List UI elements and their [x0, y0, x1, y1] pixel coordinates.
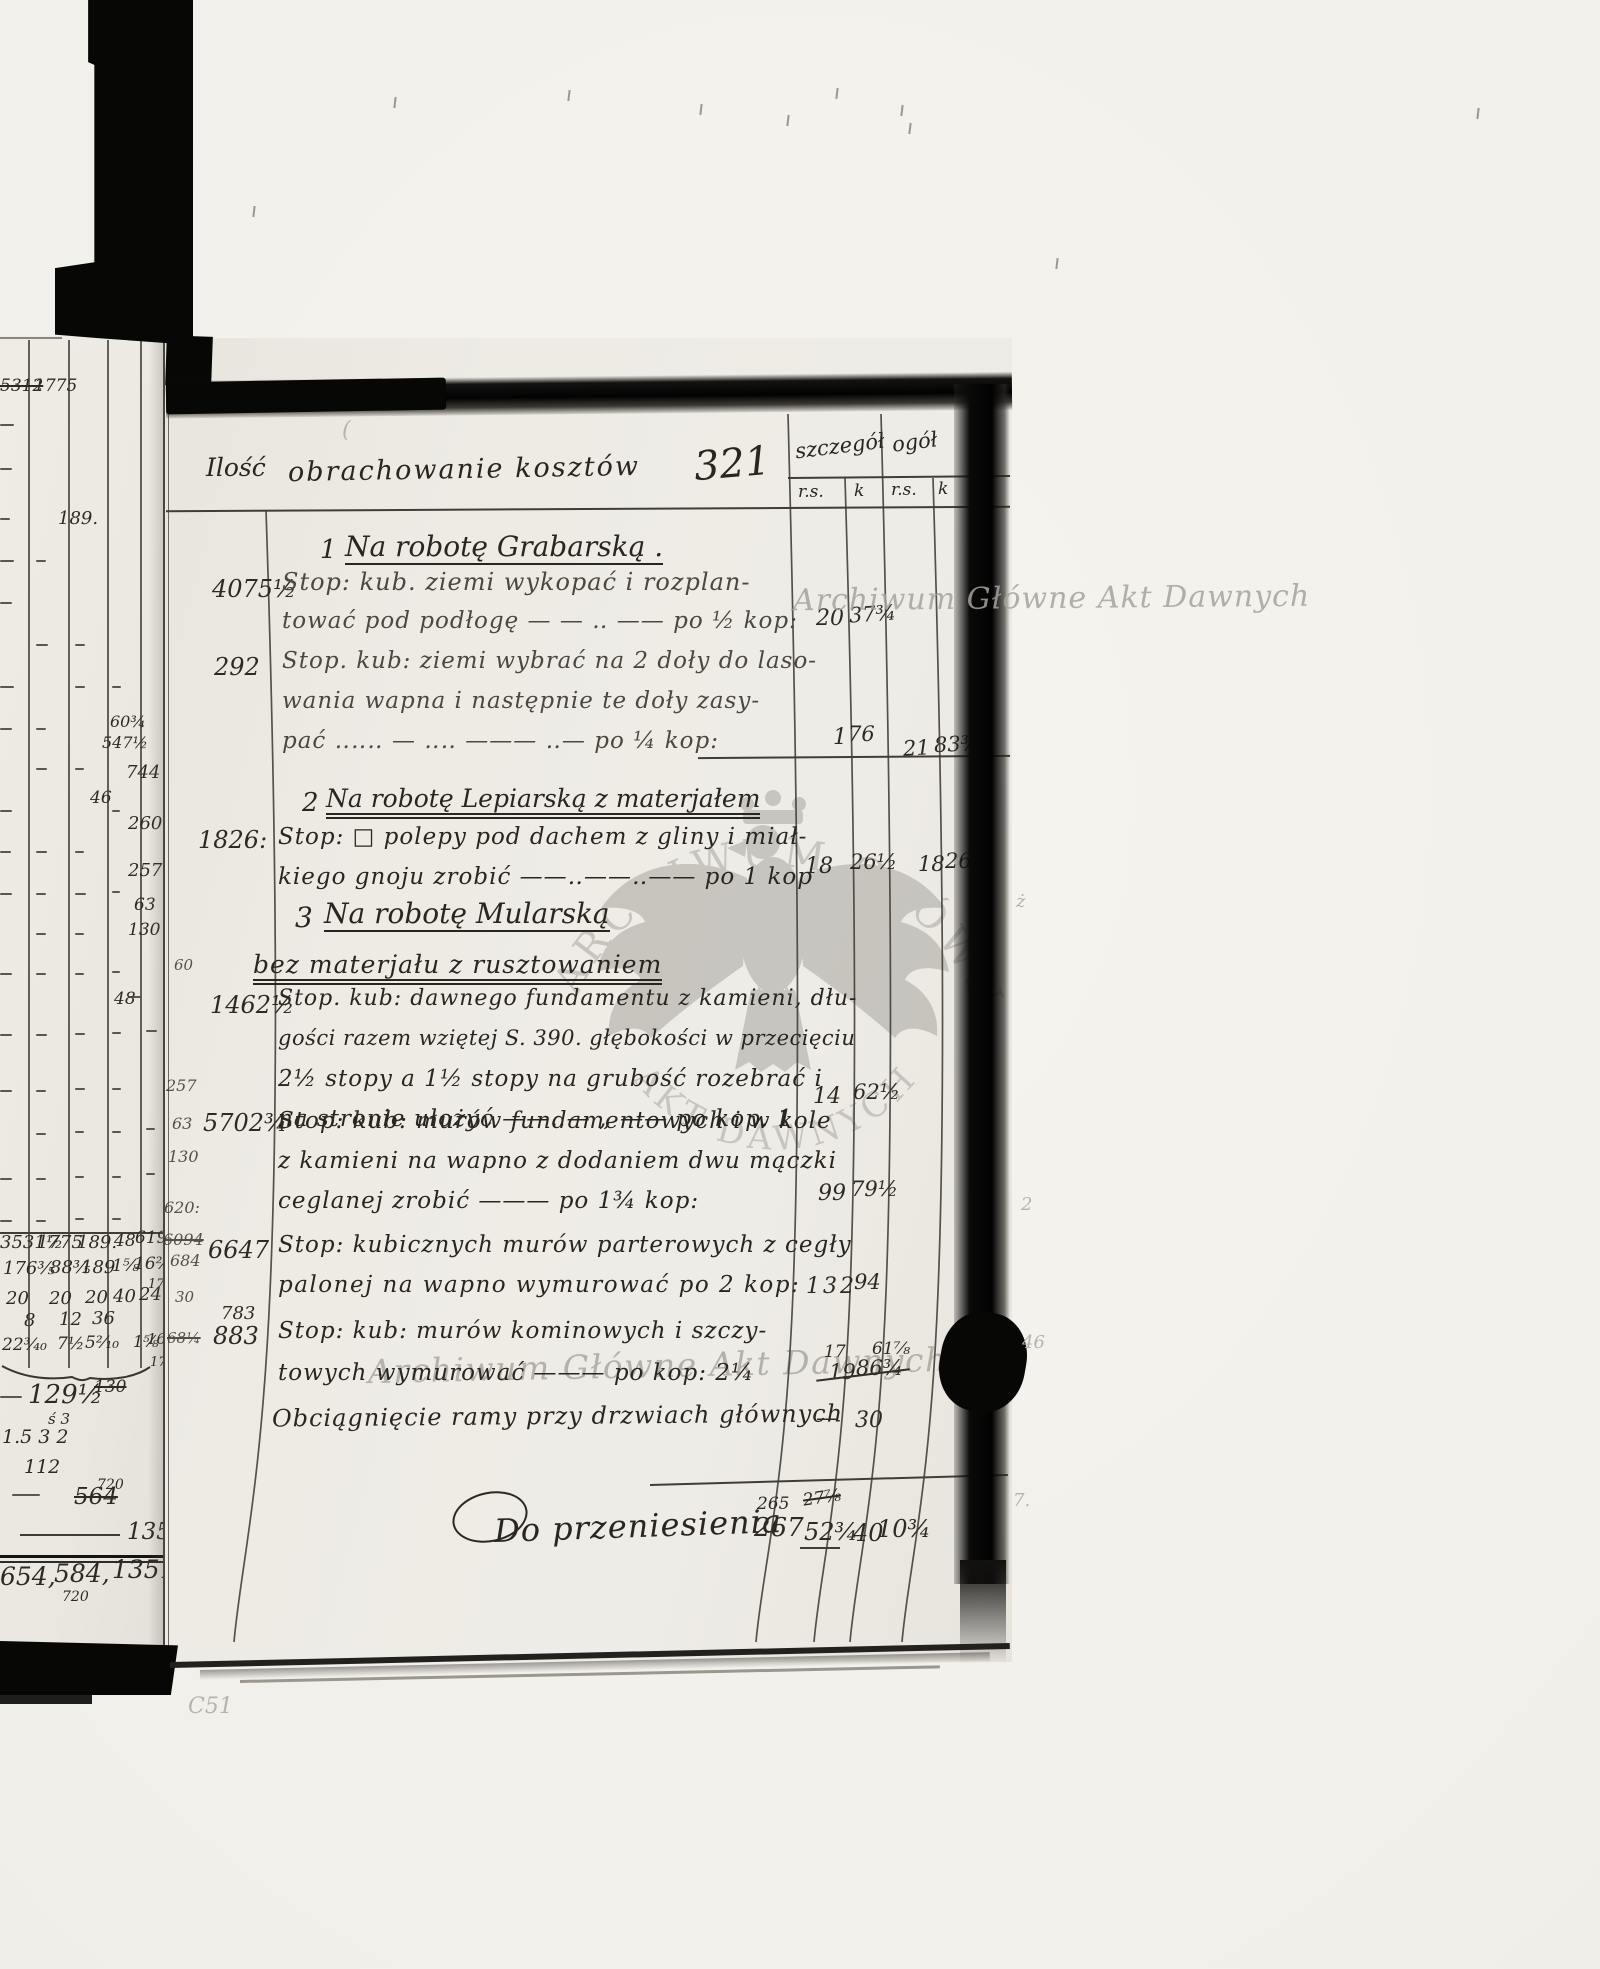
row-text-line: Stop: □ polepy pod dachem z gliny i miał… — [278, 826, 807, 849]
subcol-rs: r.s. — [798, 484, 824, 501]
subcol-k: k — [854, 483, 864, 500]
section-heading: Na robotę Grabarską . — [345, 533, 663, 565]
row-text-line: Stop. kub: ziemi wybrać na 2 doły do las… — [282, 650, 817, 673]
page-number: 321 — [692, 441, 772, 488]
row-text-line: Stop. kub: dawnego fundamentu z kamieni,… — [278, 988, 857, 1010]
row-text-line: Stop: kub. ziemi wykopać i rozplan- — [282, 570, 750, 594]
page-top-edge-dark-left — [166, 378, 447, 415]
faint-pencil-mark: 46 — [1022, 1334, 1045, 1352]
watermark-text-upper: Archiwum Główne Akt Dawnych — [793, 579, 1310, 619]
carry-detail-rs: 267 — [754, 1515, 804, 1541]
binding-shadow-bottom-left — [0, 1641, 178, 1695]
section-number: 2 — [302, 790, 319, 816]
amount-detail-k: 79½ — [851, 1179, 898, 1200]
row-text-line: tować pod podłogę — — ‥ —— po ½ kop: — [282, 610, 798, 633]
row-text-line: kiego gnoju zrobić ——‥——‥—— po 1 kop — [278, 866, 813, 889]
archive-scan: 53121775189.60¾547½744462602576313048353… — [0, 0, 1600, 1969]
fold-line — [168, 344, 169, 1654]
subcol-k-total: k — [938, 481, 948, 498]
faint-pencil-mark: ( — [342, 420, 351, 442]
row-text-line: wania wapna i następnie te doły zasy- — [282, 690, 760, 713]
amount-detail-k: 30 — [855, 1410, 883, 1432]
row-text-line: gości razem wziętej S. 390. głębokości w… — [278, 1028, 855, 1049]
amount-detail-rs: 132 — [806, 1276, 857, 1298]
subcol-rs-total: r.s. — [891, 482, 917, 499]
carry-detail-k: 52¾ — [804, 1520, 858, 1544]
row-qty-corrected: 783 — [221, 1305, 255, 1323]
amount-detail-k: 76 — [848, 724, 875, 745]
carry-underline — [800, 1547, 840, 1549]
amount-detail-rs: 99 — [818, 1183, 846, 1205]
amount-detail-rs: — — [816, 1408, 838, 1430]
row-qty: 5702¾ — [203, 1111, 287, 1135]
col-header-desc: obrachowanie kosztów — [288, 453, 640, 486]
handwritten-number-fold: 257 — [166, 1078, 197, 1094]
handwritten-number-fold: 6094 — [163, 1232, 204, 1248]
row-text-line: Stop: kub: murów fundamentowych i w kole — [278, 1110, 832, 1133]
carry-total-k: 10¾ — [877, 1517, 931, 1541]
handwritten-number-fold: 63 — [172, 1116, 192, 1132]
row-text-line: palonej na wapno wymurować po 2 kop: — [278, 1274, 800, 1297]
handwritten-number-fold: 60 — [174, 958, 193, 973]
amount-detail-rs-corrected: 17 — [824, 1344, 846, 1361]
amount-detail-k: 26½ — [850, 852, 897, 873]
carry-label: Do przeniesienia — [494, 1505, 783, 1547]
handwritten-number-fold: 684 — [170, 1253, 201, 1269]
row-qty: 6647 — [208, 1238, 269, 1262]
col-header-total: ogół — [891, 429, 939, 455]
amount-detail-rs-original: 19 — [829, 1362, 856, 1383]
section-subheading: bez materjału z rusztowaniem — [253, 952, 662, 985]
amount-detail-k: 94 — [854, 1272, 881, 1293]
row-text-line: Obciągnięcie ramy przy drzwiach głównych — [272, 1402, 843, 1431]
amount-total-rs: 18 — [918, 854, 945, 875]
carry-detail-rs-note: 265 — [757, 1496, 789, 1513]
row-text-line: Stop: kub: murów kominowych i szczy- — [278, 1320, 767, 1343]
handwritten-number-fold: 130 — [168, 1149, 199, 1165]
col-header-qty: Ilość — [206, 455, 266, 480]
row-text-line: 2½ stopy a 1½ stopy na grubość rozebrać … — [278, 1068, 823, 1091]
binding-shadow-bottom-tail — [0, 1692, 92, 1704]
handwritten-number-fold: 30 — [175, 1290, 194, 1305]
row-qty: 1826: — [198, 828, 267, 852]
amount-detail-k: 62½ — [853, 1082, 900, 1103]
handwritten-number-fold: 68¼ — [167, 1331, 201, 1346]
faint-pencil-mark: C51 — [188, 1696, 233, 1718]
row-qty: 292 — [214, 655, 260, 679]
fold-line — [163, 338, 165, 1660]
faint-pencil-mark: 2 — [1021, 1196, 1032, 1214]
amount-detail-rs: 14 — [813, 1086, 841, 1108]
row-text-line: pać ‥‥‥ — ‥‥ ——— ‥— po ¼ kop: — [282, 730, 719, 753]
handwritten-number-fold: 620: — [164, 1200, 200, 1216]
faint-pencil-mark: 7. — [1013, 1492, 1030, 1510]
row-text-line: towych wymurować ——— po kop: 2¼ — [278, 1362, 754, 1385]
section-number: 3 — [295, 904, 313, 932]
amount-detail-rs: 1 — [833, 727, 847, 749]
section-heading: Na robotę Lepiarską z materjałem — [326, 786, 760, 819]
amount-total-rs: 21 — [902, 737, 930, 759]
row-text-line: z kamieni na wapno z dodaniem dwu mączki — [278, 1150, 837, 1173]
row-text-line: Stop: kubicznych murów parterowych z ceg… — [278, 1234, 852, 1257]
section-number: 1 — [320, 537, 337, 563]
faint-pencil-mark: ż — [1016, 893, 1025, 911]
section-heading: Na robotę Mularską — [324, 900, 610, 932]
row-qty-original: 883 — [213, 1324, 259, 1348]
row-text-line: ceglanej zrobić ——— po 1¾ kop: — [278, 1190, 699, 1213]
amount-detail-rs: 18 — [805, 856, 833, 878]
